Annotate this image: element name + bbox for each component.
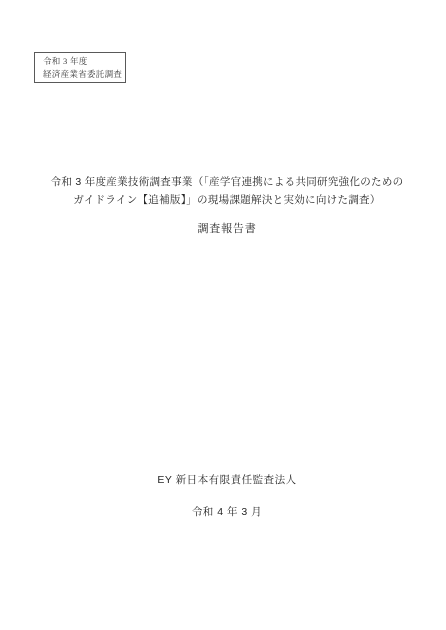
commission-agency-label: 経済産業省委託調査	[43, 68, 125, 81]
report-title-line2: ガイドライン【追補版】」の現場課題解決と実効に向けた調査）	[4, 192, 446, 210]
commission-stamp-box: 令和 3 年度 経済産業省委託調査	[34, 52, 126, 83]
commission-year-label: 令和 3 年度	[43, 55, 125, 68]
report-title: 令和 3 年度産業技術調査事業（「産学官連携による共同研究強化のための ガイドラ…	[4, 174, 446, 209]
report-cover-page: 令和 3 年度 経済産業省委託調査 令和 3 年度産業技術調査事業（「産学官連携…	[0, 0, 446, 630]
report-type-label: 調査報告書	[4, 220, 446, 236]
publication-date: 令和 4 年 3 月	[4, 504, 446, 519]
organization-name: EY 新日本有限責任監査法人	[4, 472, 446, 487]
report-title-line1: 令和 3 年度産業技術調査事業（「産学官連携による共同研究強化のための	[4, 174, 446, 192]
